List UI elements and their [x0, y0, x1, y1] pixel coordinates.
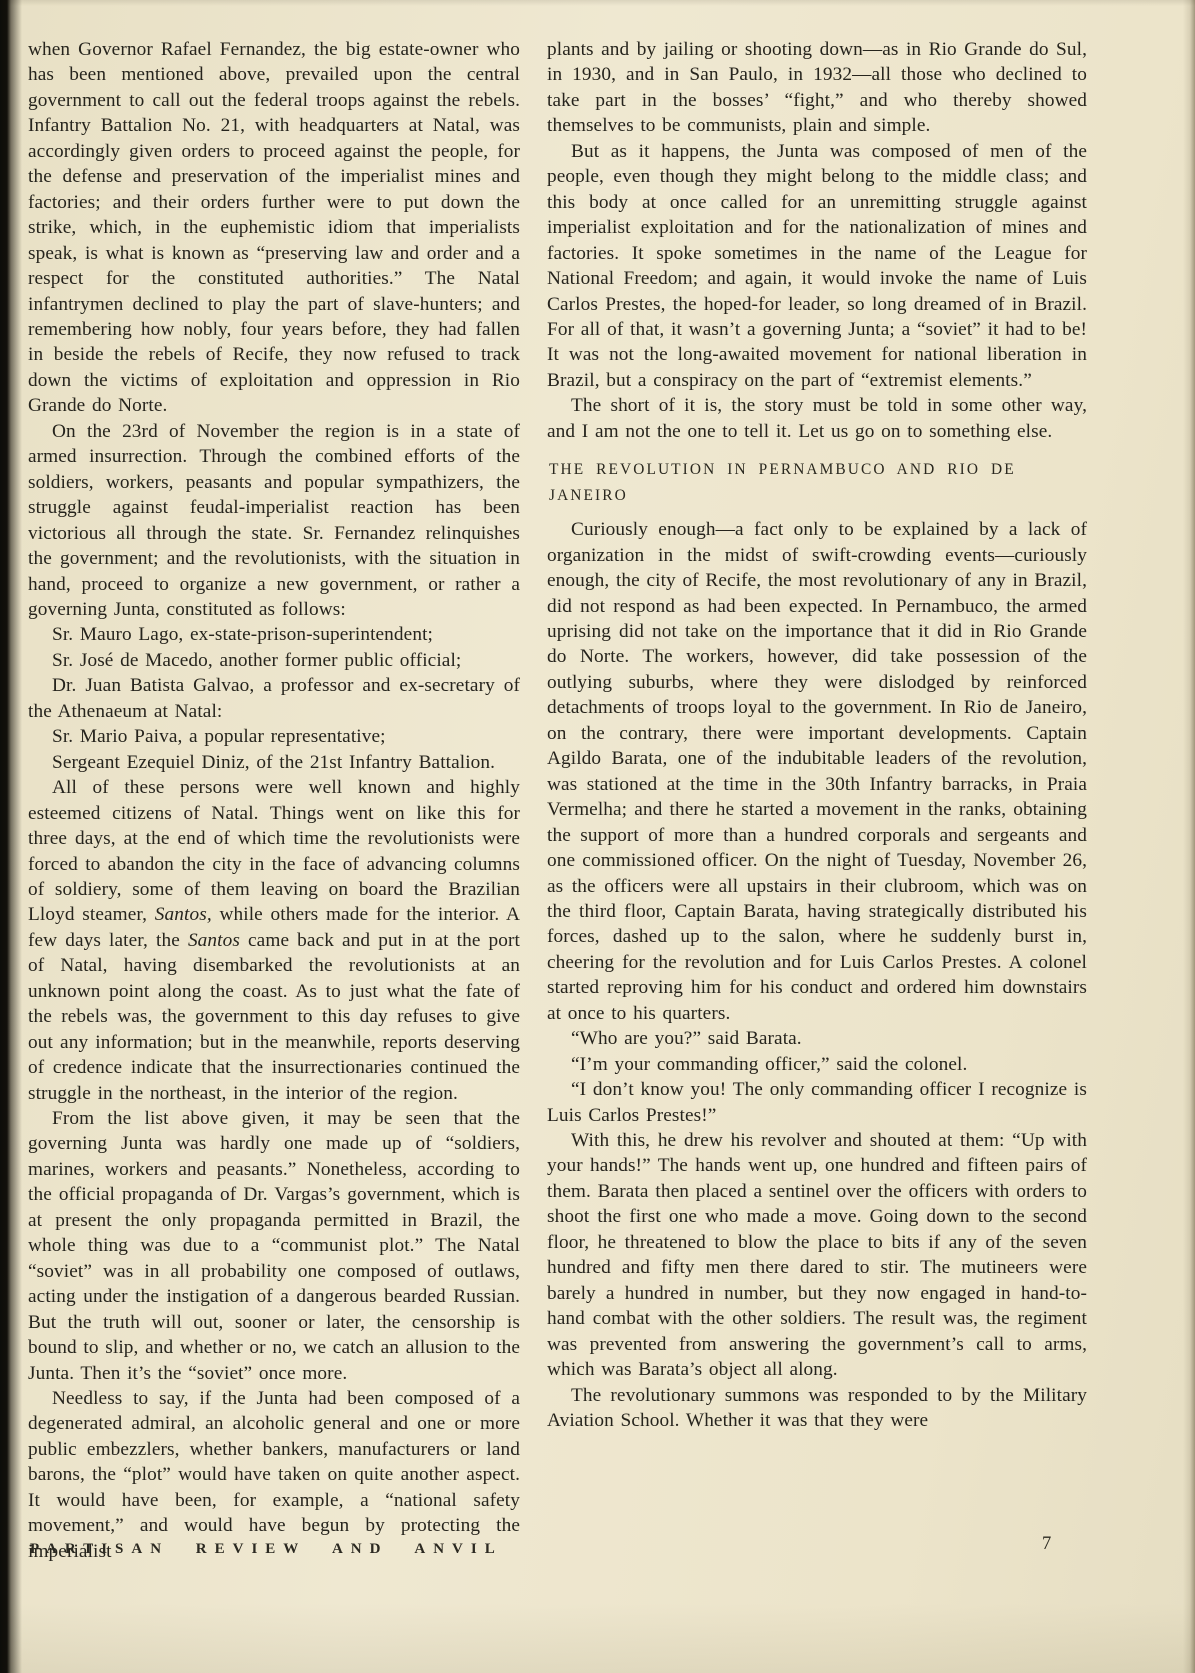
paragraph: The short of it is, the story must be to… [547, 393, 1087, 444]
magazine-page: when Governor Rafael Fernandez, the big … [0, 0, 1195, 1673]
paragraph: All of these persons were well known and… [28, 775, 520, 1106]
paragraph: when Governor Rafael Fernandez, the big … [28, 37, 520, 419]
junta-list-item: Sr. Mauro Lago, ex-state-prison-superint… [28, 622, 520, 647]
section-heading: THE REVOLUTION IN PERNAMBUCO AND RIO DE … [549, 457, 1087, 508]
paragraph: The revolutionary summons was responded … [547, 1383, 1087, 1434]
left-column: when Governor Rafael Fernandez, the big … [28, 37, 520, 1564]
junta-list-item: Sr. José de Macedo, another former publi… [28, 648, 520, 673]
junta-list-item: Dr. Juan Batista Galvao, a professor and… [28, 673, 520, 724]
paragraph: On the 23rd of November the region is in… [28, 419, 520, 623]
paragraph: From the list above given, it may be see… [28, 1106, 520, 1386]
paragraph: “I’m your commanding officer,” said the … [547, 1052, 1087, 1077]
page-number: 7 [1042, 1534, 1051, 1555]
paragraph: Needless to say, if the Junta had been c… [28, 1386, 520, 1564]
junta-list-item: Sergeant Ezequiel Diniz, of the 21st Inf… [28, 750, 520, 775]
paragraph: But as it happens, the Junta was compose… [547, 139, 1087, 394]
paragraph: “I don’t know you! The only commanding o… [547, 1077, 1087, 1128]
junta-list-item: Sr. Mario Paiva, a popular representativ… [28, 724, 520, 749]
paragraph: With this, he drew his revolver and shou… [547, 1128, 1087, 1383]
paragraph: Curiously enough—a fact only to be expla… [547, 517, 1087, 1026]
paragraph: “Who are you?” said Barata. [547, 1026, 1087, 1051]
right-column: plants and by jailing or shooting down—a… [547, 37, 1087, 1433]
scan-edge-left [0, 0, 22, 1673]
paragraph: plants and by jailing or shooting down—a… [547, 37, 1087, 139]
scan-edge-right [1183, 0, 1195, 1673]
journal-title: PARTISAN REVIEW AND ANVIL [30, 1541, 503, 1558]
